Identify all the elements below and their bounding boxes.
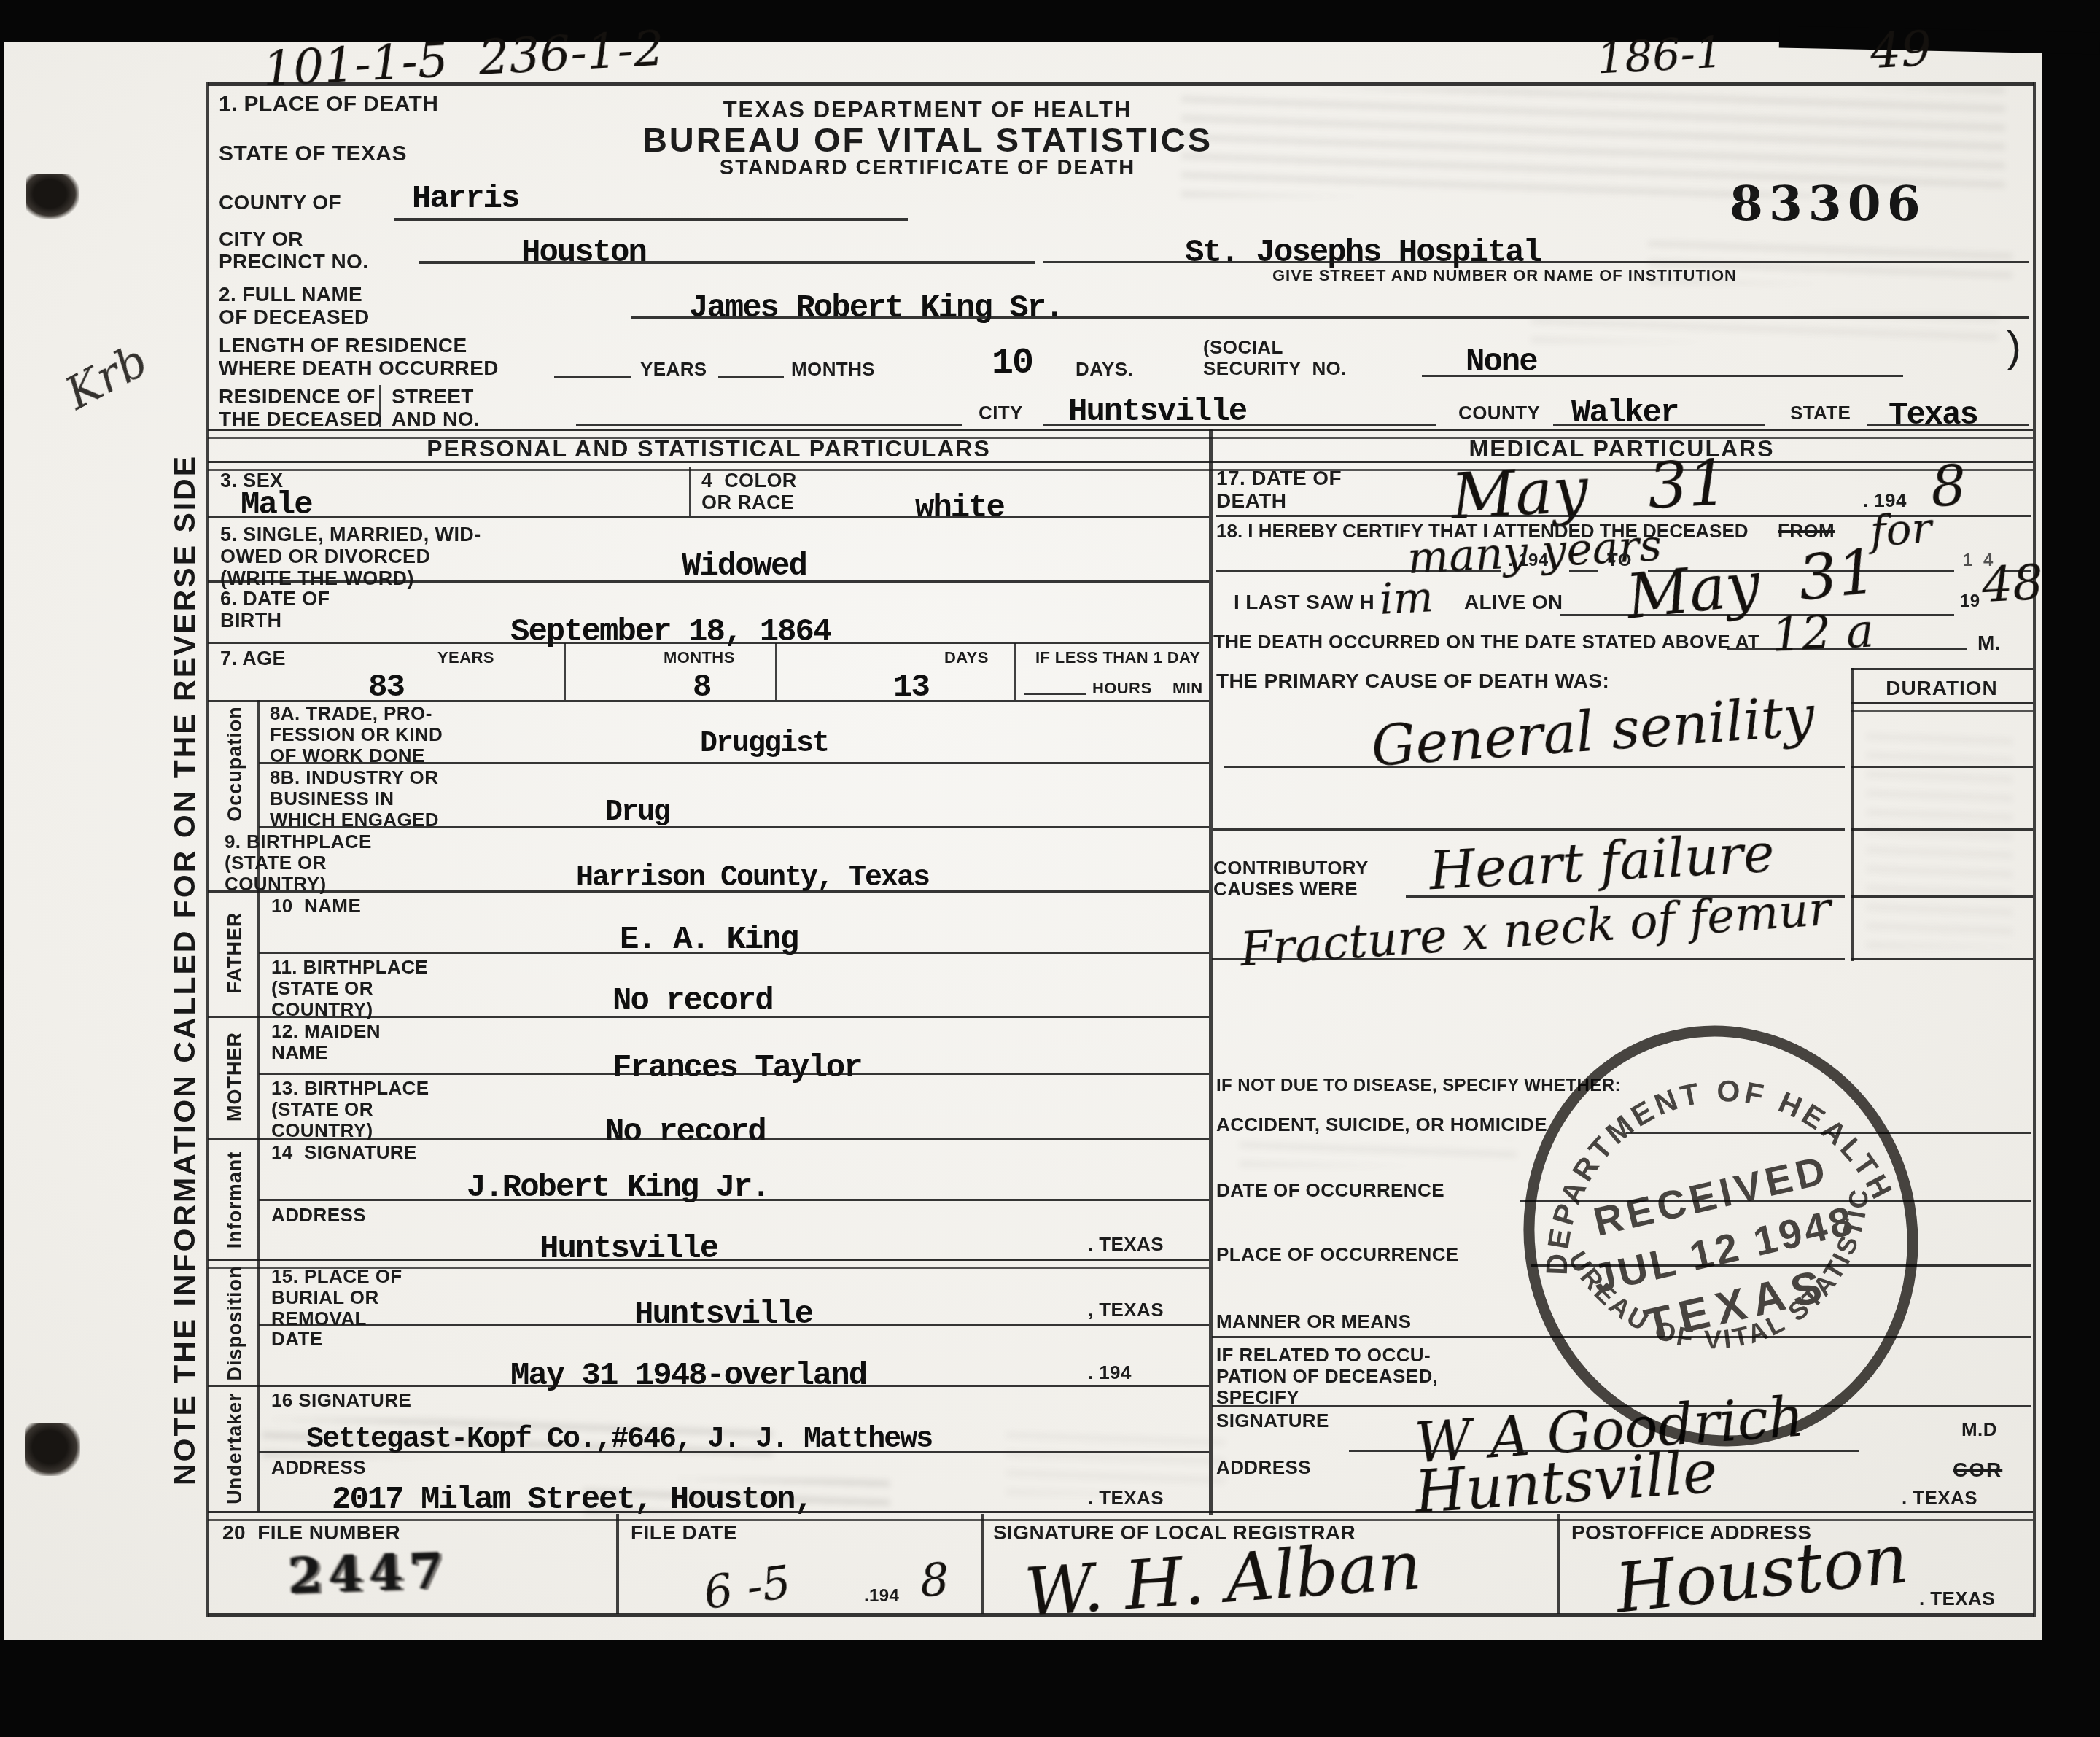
occurred-m-label: M. [1977,632,2001,654]
lastsaw-him-handwritten: im [1378,572,1434,624]
fullname-label: 2. FULL NAME OF DECEASED [219,283,370,329]
certify-for-handwritten: for [1869,503,1933,556]
bleed-ghost-footer [1006,1429,1225,1495]
lastsaw-year-print: 19 [1960,592,1980,612]
city-value: Houston [521,235,646,271]
age-hours-label: HOURS [1092,680,1151,698]
personal-section-title: PERSONAL AND STATISTICAL PARTICULARS [427,436,991,462]
industry-value: Drug [605,796,669,829]
age-years-label: YEARS [437,649,494,667]
mother-bp-label: 13. BIRTHPLACE (STATE OR COUNTRY) [271,1078,429,1141]
file-number-value: 2447 [287,1542,451,1606]
trade-label: 8A. TRADE, PRO- FESSION OR KIND OF WORK … [270,703,443,766]
form-top-rule [208,82,2034,86]
burial-date-value: May 31 1948-overland [510,1358,866,1394]
file-date-year-print: .194 [864,1587,899,1606]
file-date-year-handwritten: 8 [919,1553,950,1607]
scan-edge-right [2042,0,2100,1737]
father-side-label: FATHER [224,891,246,1015]
city2-line [1043,424,1436,426]
row5-rule [208,580,1209,583]
duration-label: DURATION [1886,677,1998,699]
ssn-line [1422,375,1903,377]
years-blank [554,376,631,378]
row13-rule [208,1138,1209,1140]
scanned-death-certificate: Krb NOTE THE INFORMATION CALLED FOR ON T… [0,0,2100,1737]
trade-value: Druggist [700,728,828,761]
row12-rule [259,1073,1209,1075]
ssn-close-paren: ) [2007,322,2021,371]
dob-value: September 18, 1864 [510,614,831,650]
section-band-bottom-rule [208,461,2033,471]
certify-from-label: FROM [1778,521,1835,542]
maiden-value: Frances Taylor [612,1050,862,1087]
months-blank [718,376,784,378]
state2-label: STATE [1790,403,1851,424]
city2-label: CITY [979,403,1023,424]
residence-of-label: RESIDENCE OF THE DECEASED [219,385,382,431]
age-ifless-label: IF LESS THAN 1 DAY [1035,649,1200,667]
row6-rule [208,642,1209,644]
hole-punch-upper [26,174,79,219]
dod-year-handwritten: 8 [1929,453,1968,519]
age-div1 [564,643,566,700]
undertaker-bottom-rule [208,1511,2033,1521]
physician-sig-label: SIGNATURE [1216,1410,1329,1431]
postoffice-state: . TEXAS [1919,1588,1995,1609]
footer-div3 [1557,1514,1560,1614]
bleed-ghost-header [1181,88,2005,197]
father-bp-label: 11. BIRTHPLACE (STATE OR COUNTRY) [271,957,428,1020]
age-div3 [1014,643,1016,700]
dob-label: 6. DATE OF BIRTH [220,588,330,632]
disposition-bottom-rule [208,1385,1209,1387]
ssn-label: (SOCIAL SECURITY NO. [1203,337,1347,379]
place-occ-label: PLACE OF OCCURRENCE [1216,1244,1459,1265]
county2-label: COUNTY [1458,403,1540,424]
cause-rule1 [1224,766,1845,768]
standard-certificate-title: STANDARD CERTIFICATE OF DEATH [720,156,1135,179]
industry-label: 8B. INDUSTRY OR BUSINESS IN WHICH ENGAGE… [270,767,439,831]
row8a-rule [259,762,1209,764]
burial-date-suffix: . 194 [1088,1362,1132,1383]
row15-rule [259,1324,1209,1326]
row8b-rule [259,826,1209,828]
dept-of-health-title: TEXAS DEPARTMENT OF HEALTH [723,98,1132,123]
manner-label: MANNER OR MEANS [1216,1311,1411,1332]
duration-box-left [1851,668,1854,961]
burial-label: 15. PLACE OF BURIAL OR REMOVAL [271,1266,402,1329]
burial-value: Huntsville [634,1297,812,1333]
lastsaw-year-handwritten: 48 [1980,554,2045,613]
bleed-ghost-medical1 [1240,1138,1517,1167]
residence-divider [379,385,381,427]
row3-rule [208,516,1209,518]
row9-rule [208,890,1209,893]
residence-length-label: LENGTH OF RESIDENCE WHERE DEATH OCCURRED [219,334,499,380]
physician-addr-label: ADDRESS [1216,1457,1311,1478]
footer-div2 [981,1514,984,1614]
mother-side-label: MOTHER [224,1015,246,1139]
lastsaw-post-label: ALIVE ON [1464,591,1563,613]
contributory-label: CONTRIBUTORY CAUSES WERE [1213,858,1369,900]
duration-box-top [1851,668,2033,670]
related-label: IF RELATED TO OCCU- PATION OF DECEASED, … [1216,1345,1438,1408]
occurred-label: THE DEATH OCCURRED ON THE DATE STATED AB… [1213,632,1759,653]
days-label: DAYS. [1076,359,1133,380]
date-occ-label: DATE OF OCCURRENCE [1216,1180,1444,1201]
row11-rule [208,1016,1209,1018]
county-of-label: COUNTY OF [219,191,341,214]
reverse-side-note: NOTE THE INFORMATION CALLED FOR ON THE R… [168,372,204,1568]
undertaker-sig-label: 16 SIGNATURE [271,1390,411,1411]
book-code-handwritten: 186-1 [1595,28,1724,85]
place-of-death-label: 1. PLACE OF DEATH [219,92,438,117]
age-min-label: MIN [1172,680,1203,698]
age-days-label: DAYS [944,649,989,667]
city-line [419,261,1035,264]
informant-addr-label: ADDRESS [271,1205,366,1226]
scan-edge-bottom [0,1640,2100,1737]
age-label: 7. AGE [220,648,286,669]
row10-rule [259,952,1209,954]
burial-date-label: DATE [271,1329,322,1350]
primary-cause-label: THE PRIMARY CAUSE OF DEATH WAS: [1216,669,1609,692]
page-code-handwritten: 49 [1869,20,1933,79]
footer-div1 [616,1514,619,1614]
informant-sig-label: 14 SIGNATURE [271,1142,417,1163]
file-date-label: FILE DATE [631,1521,737,1544]
occurred-time-handwritten: 12 a [1770,604,1875,663]
bureau-title: BUREAU OF VITAL STATISTICS [642,121,1213,160]
center-column-divider [1209,429,1213,1515]
cause-rule4 [1212,958,1845,960]
certify-blank1 [1216,570,1501,572]
mother-bp-value: No record [605,1114,766,1151]
duration-header-rule [1851,702,2033,712]
fullname-value: James Robert King Sr. [689,290,1063,327]
birthplace-label: 9. BIRTHPLACE (STATE OR COUNTRY) [225,831,372,895]
street-blank [576,424,962,426]
months-label: MONTHS [791,359,875,380]
row14-rule [259,1199,1209,1201]
bleed-ghost-medical2 [1867,729,2012,948]
lastsaw-pre-label: I LAST SAW H [1234,591,1374,613]
color-race-label: 4 COLOR OR RACE [701,470,797,513]
duration-cell4 [1851,958,2033,960]
sex-color-divider [689,467,691,516]
received-stamp: DEPARTMENT OF HEALTH BUREAU OF VITAL STA… [1466,981,1976,1491]
maiden-label: 12. MAIDEN NAME [271,1021,381,1063]
county-line [394,218,908,221]
undertaker-side-label: Undertaker [224,1369,246,1529]
father-bp-value: No record [612,983,773,1019]
bleed-ghost-right1 [1648,241,2012,284]
marital-value: Widowed [682,548,806,585]
bleed-ghost-right2 [1531,314,1998,343]
state2-line [1867,424,2029,426]
county2-line [1553,424,1765,426]
county-value: Harris [412,181,518,217]
hours-blank [1024,693,1086,695]
form-right-border [2033,82,2036,1617]
street-and-no-label: STREET AND NO. [392,385,480,431]
age-months-label: MONTHS [664,649,735,667]
certify-year1-print: . 194 [1508,551,1548,571]
informant-addr-state: . TEXAS [1088,1234,1164,1255]
certify-blank2 [1569,570,1598,572]
age-div2 [775,643,777,700]
state-of-texas-label: STATE OF TEXAS [219,141,407,166]
days-value: 10 [992,343,1032,384]
undertaker-addr-label: ADDRESS [271,1457,366,1478]
file-number-label: 20 FILE NUMBER [222,1521,400,1544]
dod-label: 17. DATE OF DEATH [1216,467,1342,513]
group-strip-line [257,700,260,1512]
color-race-value: white [915,490,1004,526]
city-precinct-label: CITY OR PRECINCT NO. [219,228,368,273]
years-label: YEARS [640,359,707,380]
father-name-label: 10 NAME [271,895,361,917]
burial-state: , TEXAS [1088,1299,1164,1321]
county2-value: Walker [1571,395,1678,432]
hole-punch-lower [25,1423,80,1476]
